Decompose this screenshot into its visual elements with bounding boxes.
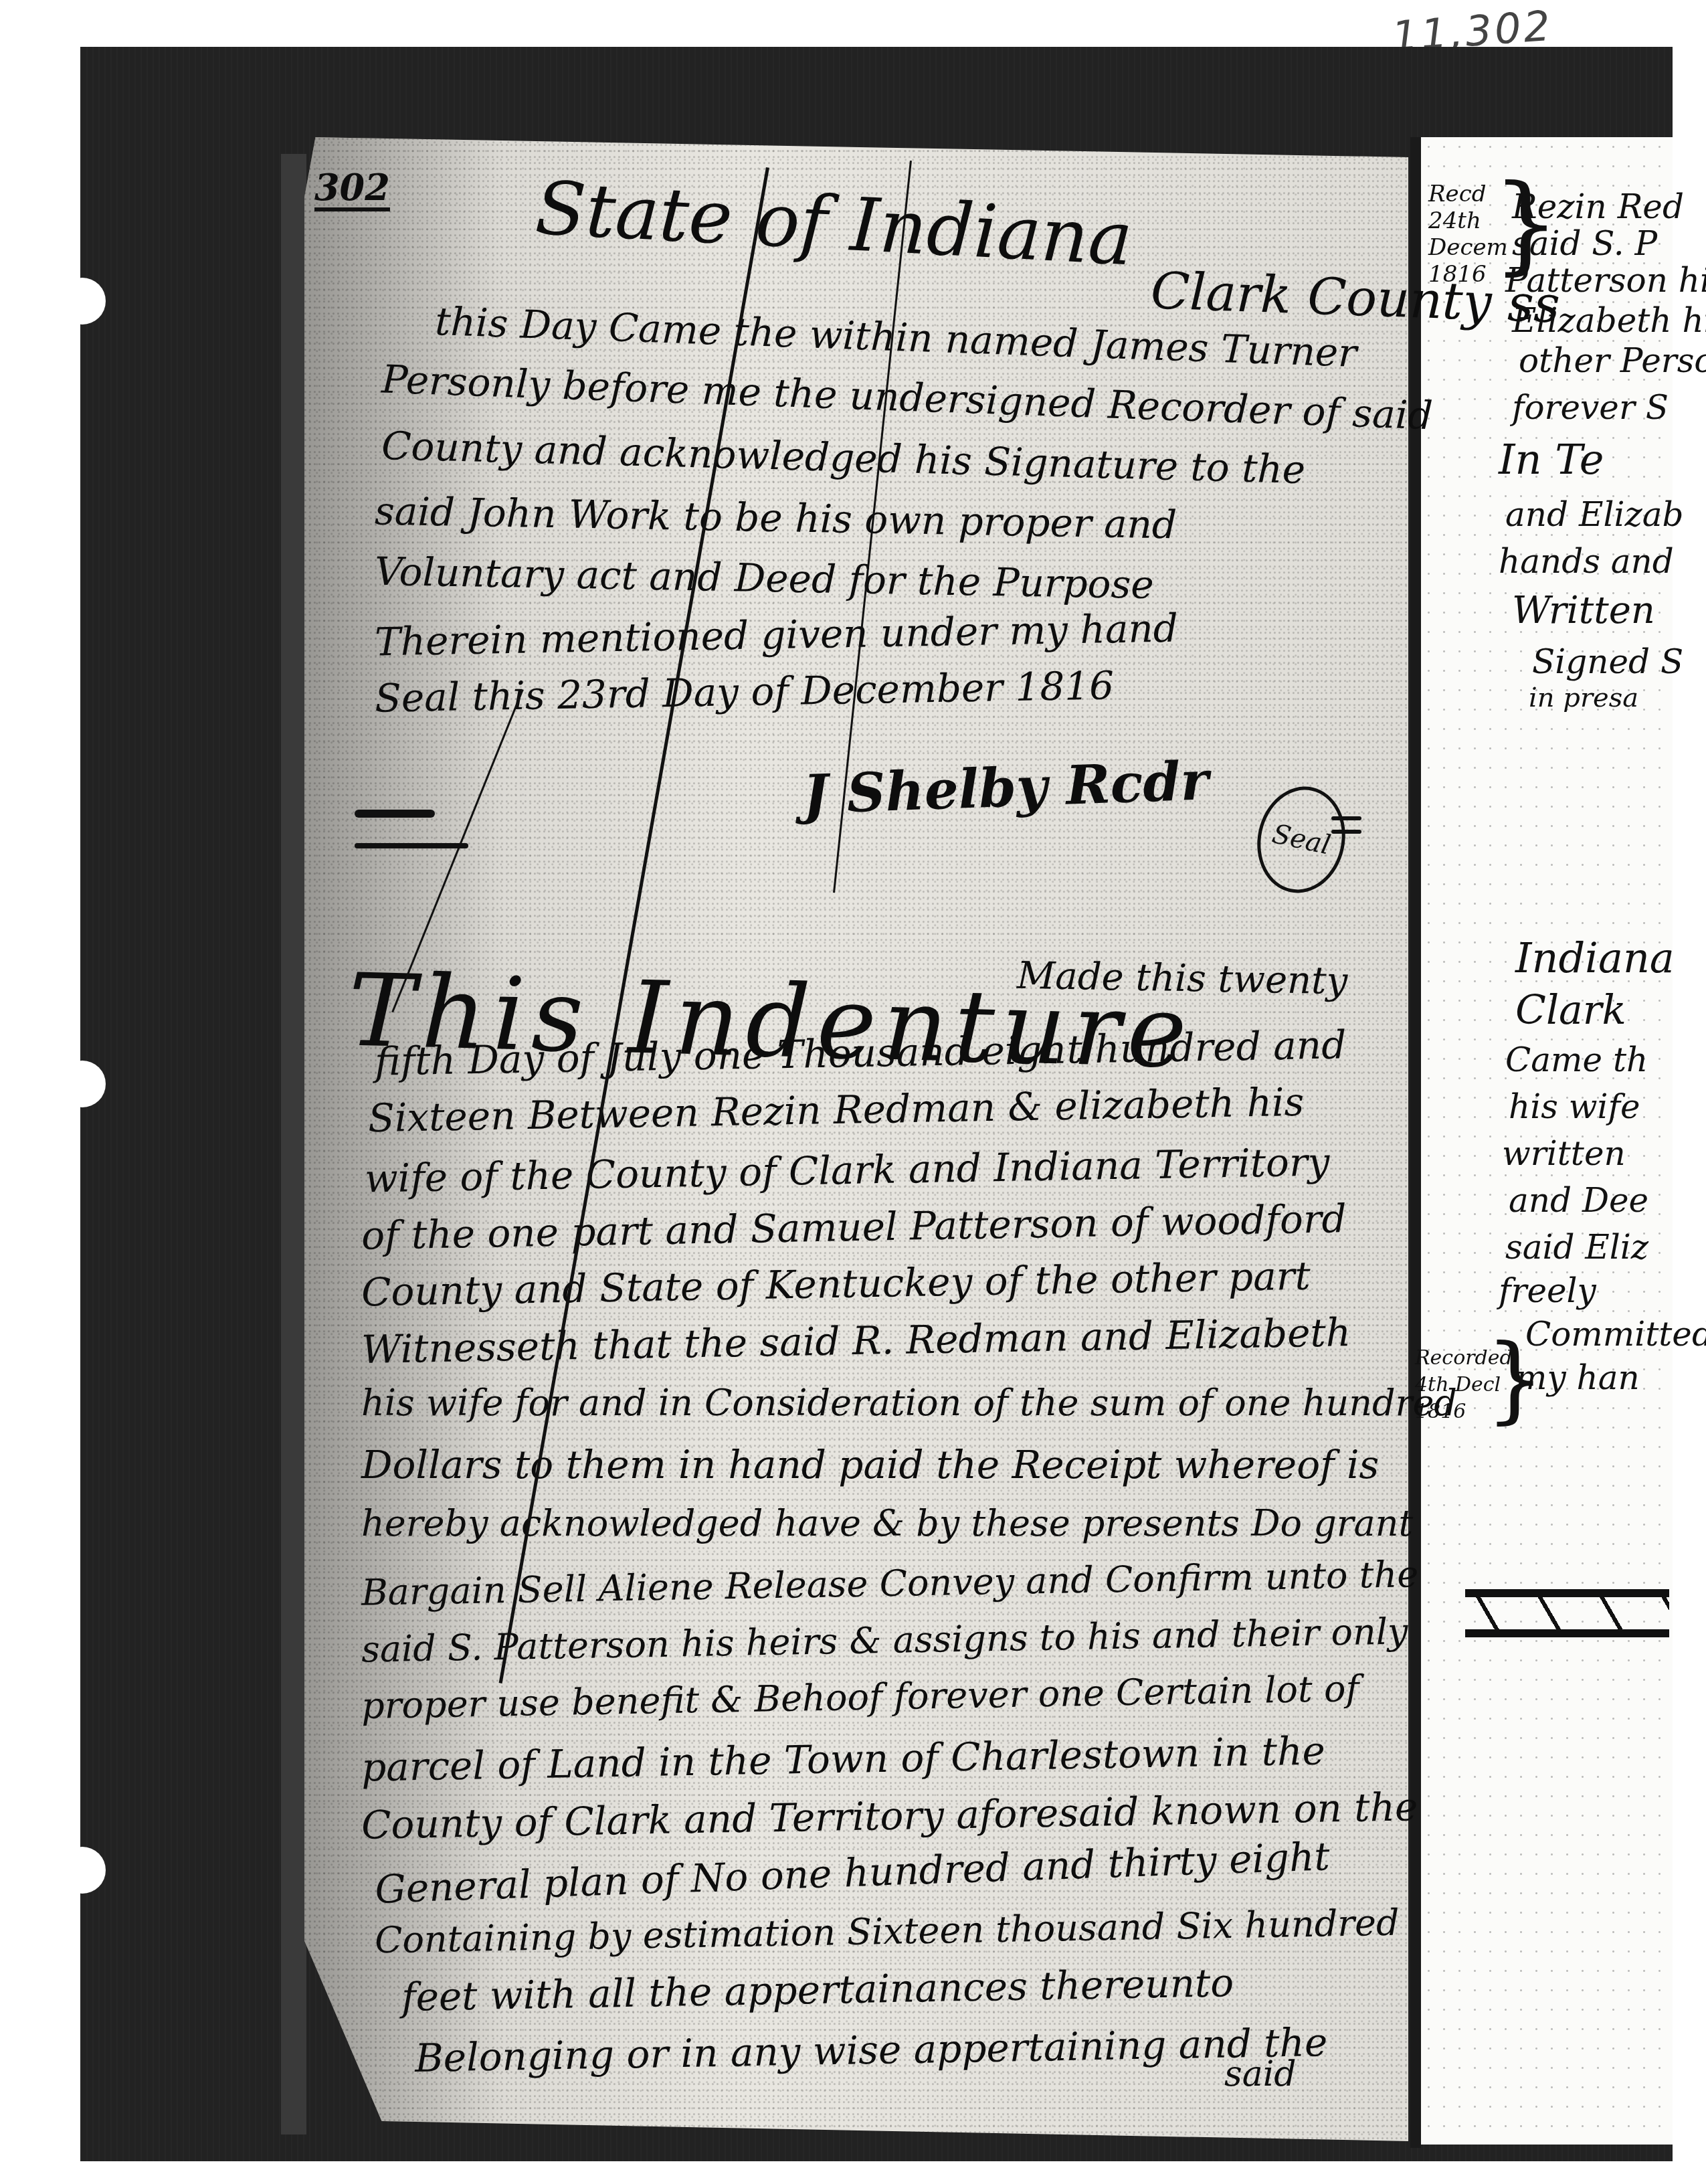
punch-hole-bottom: [59, 1847, 106, 1894]
right-line: his wife: [1509, 1087, 1640, 1126]
indenture-line: his wife for and in Consideration of the…: [361, 1382, 1457, 1424]
right-line: In Te: [1499, 435, 1604, 484]
right-line: Came th: [1505, 1040, 1648, 1079]
right-line: said S. P: [1512, 224, 1657, 263]
right-line: Patterson hi: [1505, 261, 1706, 300]
right-line: and Dee: [1509, 1181, 1648, 1220]
right-line: written: [1502, 1134, 1626, 1173]
page-divider: [1410, 137, 1421, 2148]
right-line: Elizabeth hi: [1512, 301, 1706, 340]
folio-number: 302: [314, 167, 390, 211]
right-line: Signed S: [1532, 642, 1683, 681]
right-line: forever S: [1512, 388, 1669, 427]
right-line: other Perso: [1519, 341, 1706, 380]
right-line: said Eliz: [1505, 1228, 1648, 1267]
indenture-line: hereby acknowledged have & by these pres…: [361, 1502, 1413, 1544]
right-line: hands and: [1499, 542, 1674, 581]
end-mark: [1331, 816, 1361, 820]
right-line: and Elizab: [1505, 495, 1684, 534]
punch-hole-middle: [59, 1061, 106, 1107]
punch-hole-top: [59, 278, 106, 325]
margin-bracket: }: [1485, 1325, 1545, 1434]
right-line: Rezin Red: [1512, 187, 1684, 226]
right-line: Committed: [1525, 1315, 1706, 1354]
right-line: in presa: [1529, 682, 1638, 713]
separator-rule: [355, 843, 468, 848]
right-line: Clark: [1515, 987, 1626, 1034]
truss-end-mark: [1465, 1589, 1669, 1637]
right-line: Indiana: [1515, 933, 1675, 982]
indenture-line: Dollars to them in hand paid the Receipt…: [361, 1442, 1379, 1487]
end-mark: [1331, 830, 1361, 834]
indenture-line: Made this twenty: [1016, 954, 1347, 1004]
separator-rule: [355, 810, 435, 818]
binding-margin: [281, 154, 306, 2134]
right-line: Written: [1512, 589, 1655, 632]
indenture-line: said: [1224, 2054, 1297, 2094]
right-line: freely: [1499, 1271, 1596, 1310]
